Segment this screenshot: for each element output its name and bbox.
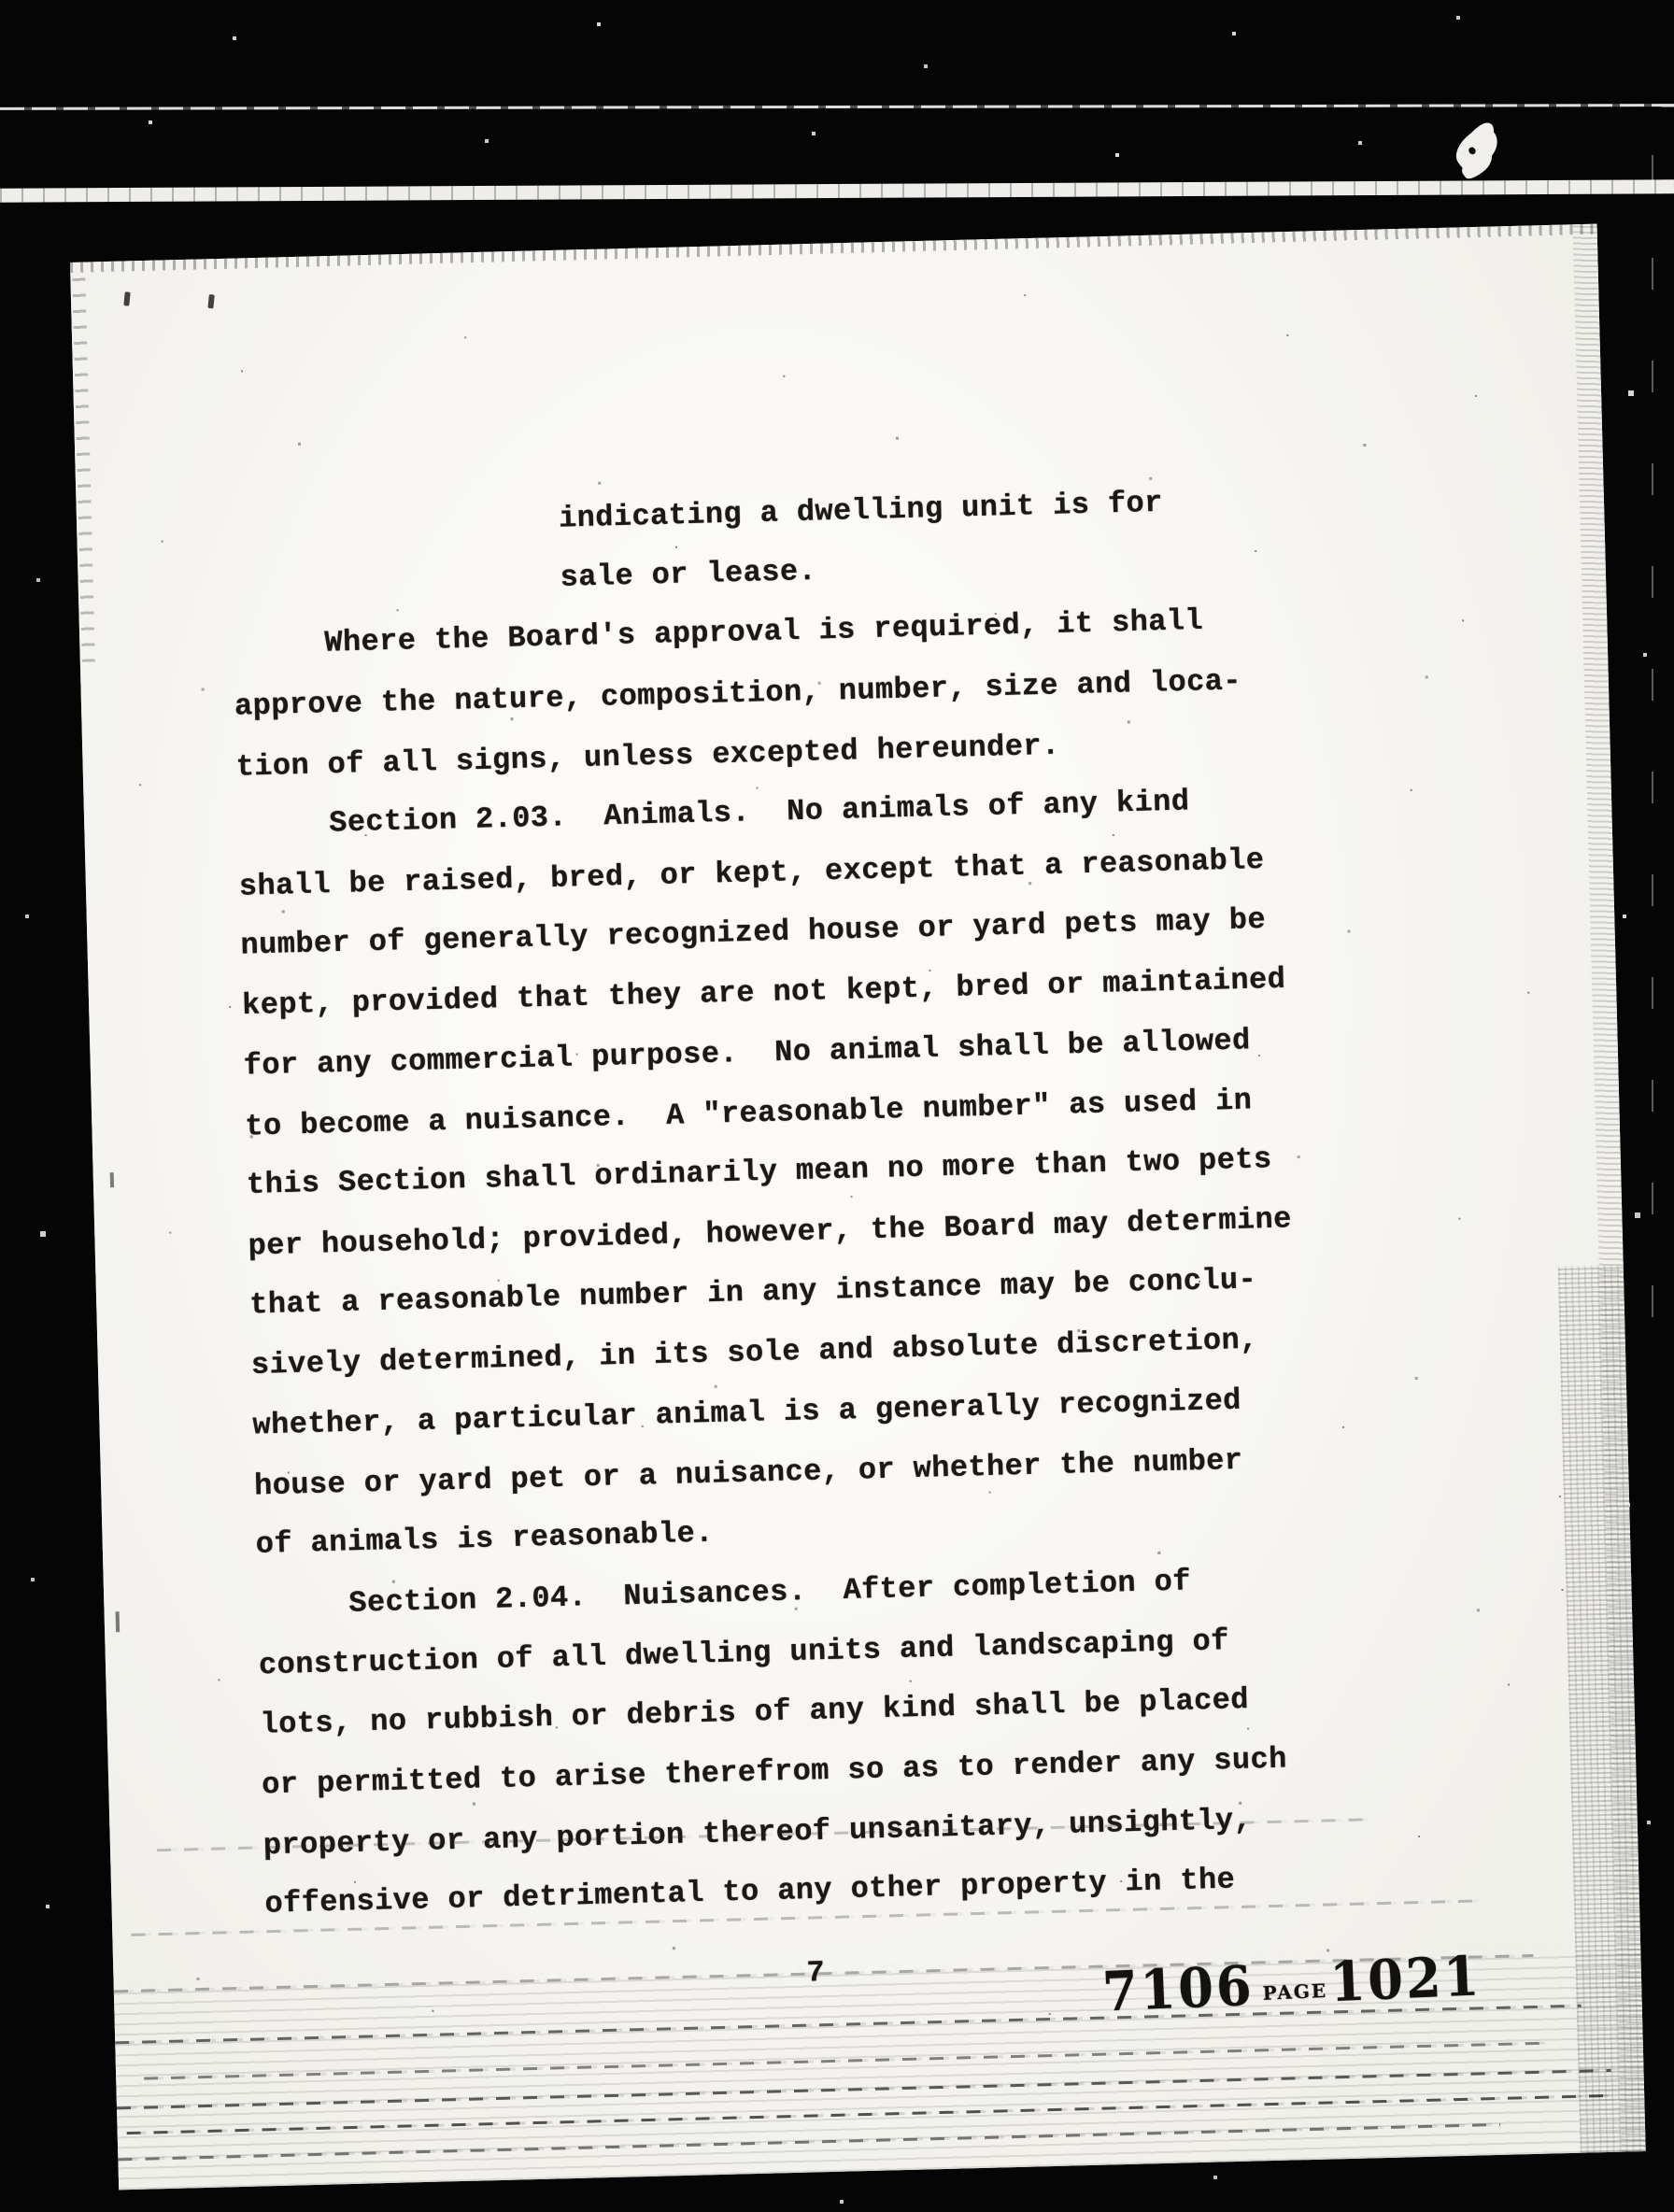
stamp-page-number: 1021 xyxy=(1328,1949,1482,2009)
paper-speckle-layer xyxy=(70,262,71,263)
document-page: indicating a dwelling unit is forsale or… xyxy=(70,224,1646,2191)
ink-tick-mark xyxy=(207,294,214,309)
stamp-book-number: 7106 xyxy=(1101,1958,1255,2019)
page-edge-noise-left xyxy=(72,270,95,662)
text-block: indicating a dwelling unit is forsale or… xyxy=(230,482,1310,1947)
scan-edge-vertical-line xyxy=(1652,121,1653,1317)
page-edge-noise-top xyxy=(70,224,1597,273)
book-page-stamp: 7106 PAGE 1021 xyxy=(1101,1950,1482,2017)
scanner-noise-specks xyxy=(0,0,2,2)
scan-artifact-mark xyxy=(1449,122,1505,176)
stamp-page-word: PAGE xyxy=(1262,1981,1327,2003)
ink-stray-mark xyxy=(110,1172,114,1187)
scan-edge-line xyxy=(0,104,1674,110)
ink-stray-mark xyxy=(116,1611,121,1632)
scanned-document: indicating a dwelling unit is forsale or… xyxy=(0,0,1674,2212)
page-number: 7 xyxy=(806,1955,825,1990)
scan-edge-band xyxy=(0,179,1674,202)
ink-tick-mark xyxy=(123,291,130,306)
